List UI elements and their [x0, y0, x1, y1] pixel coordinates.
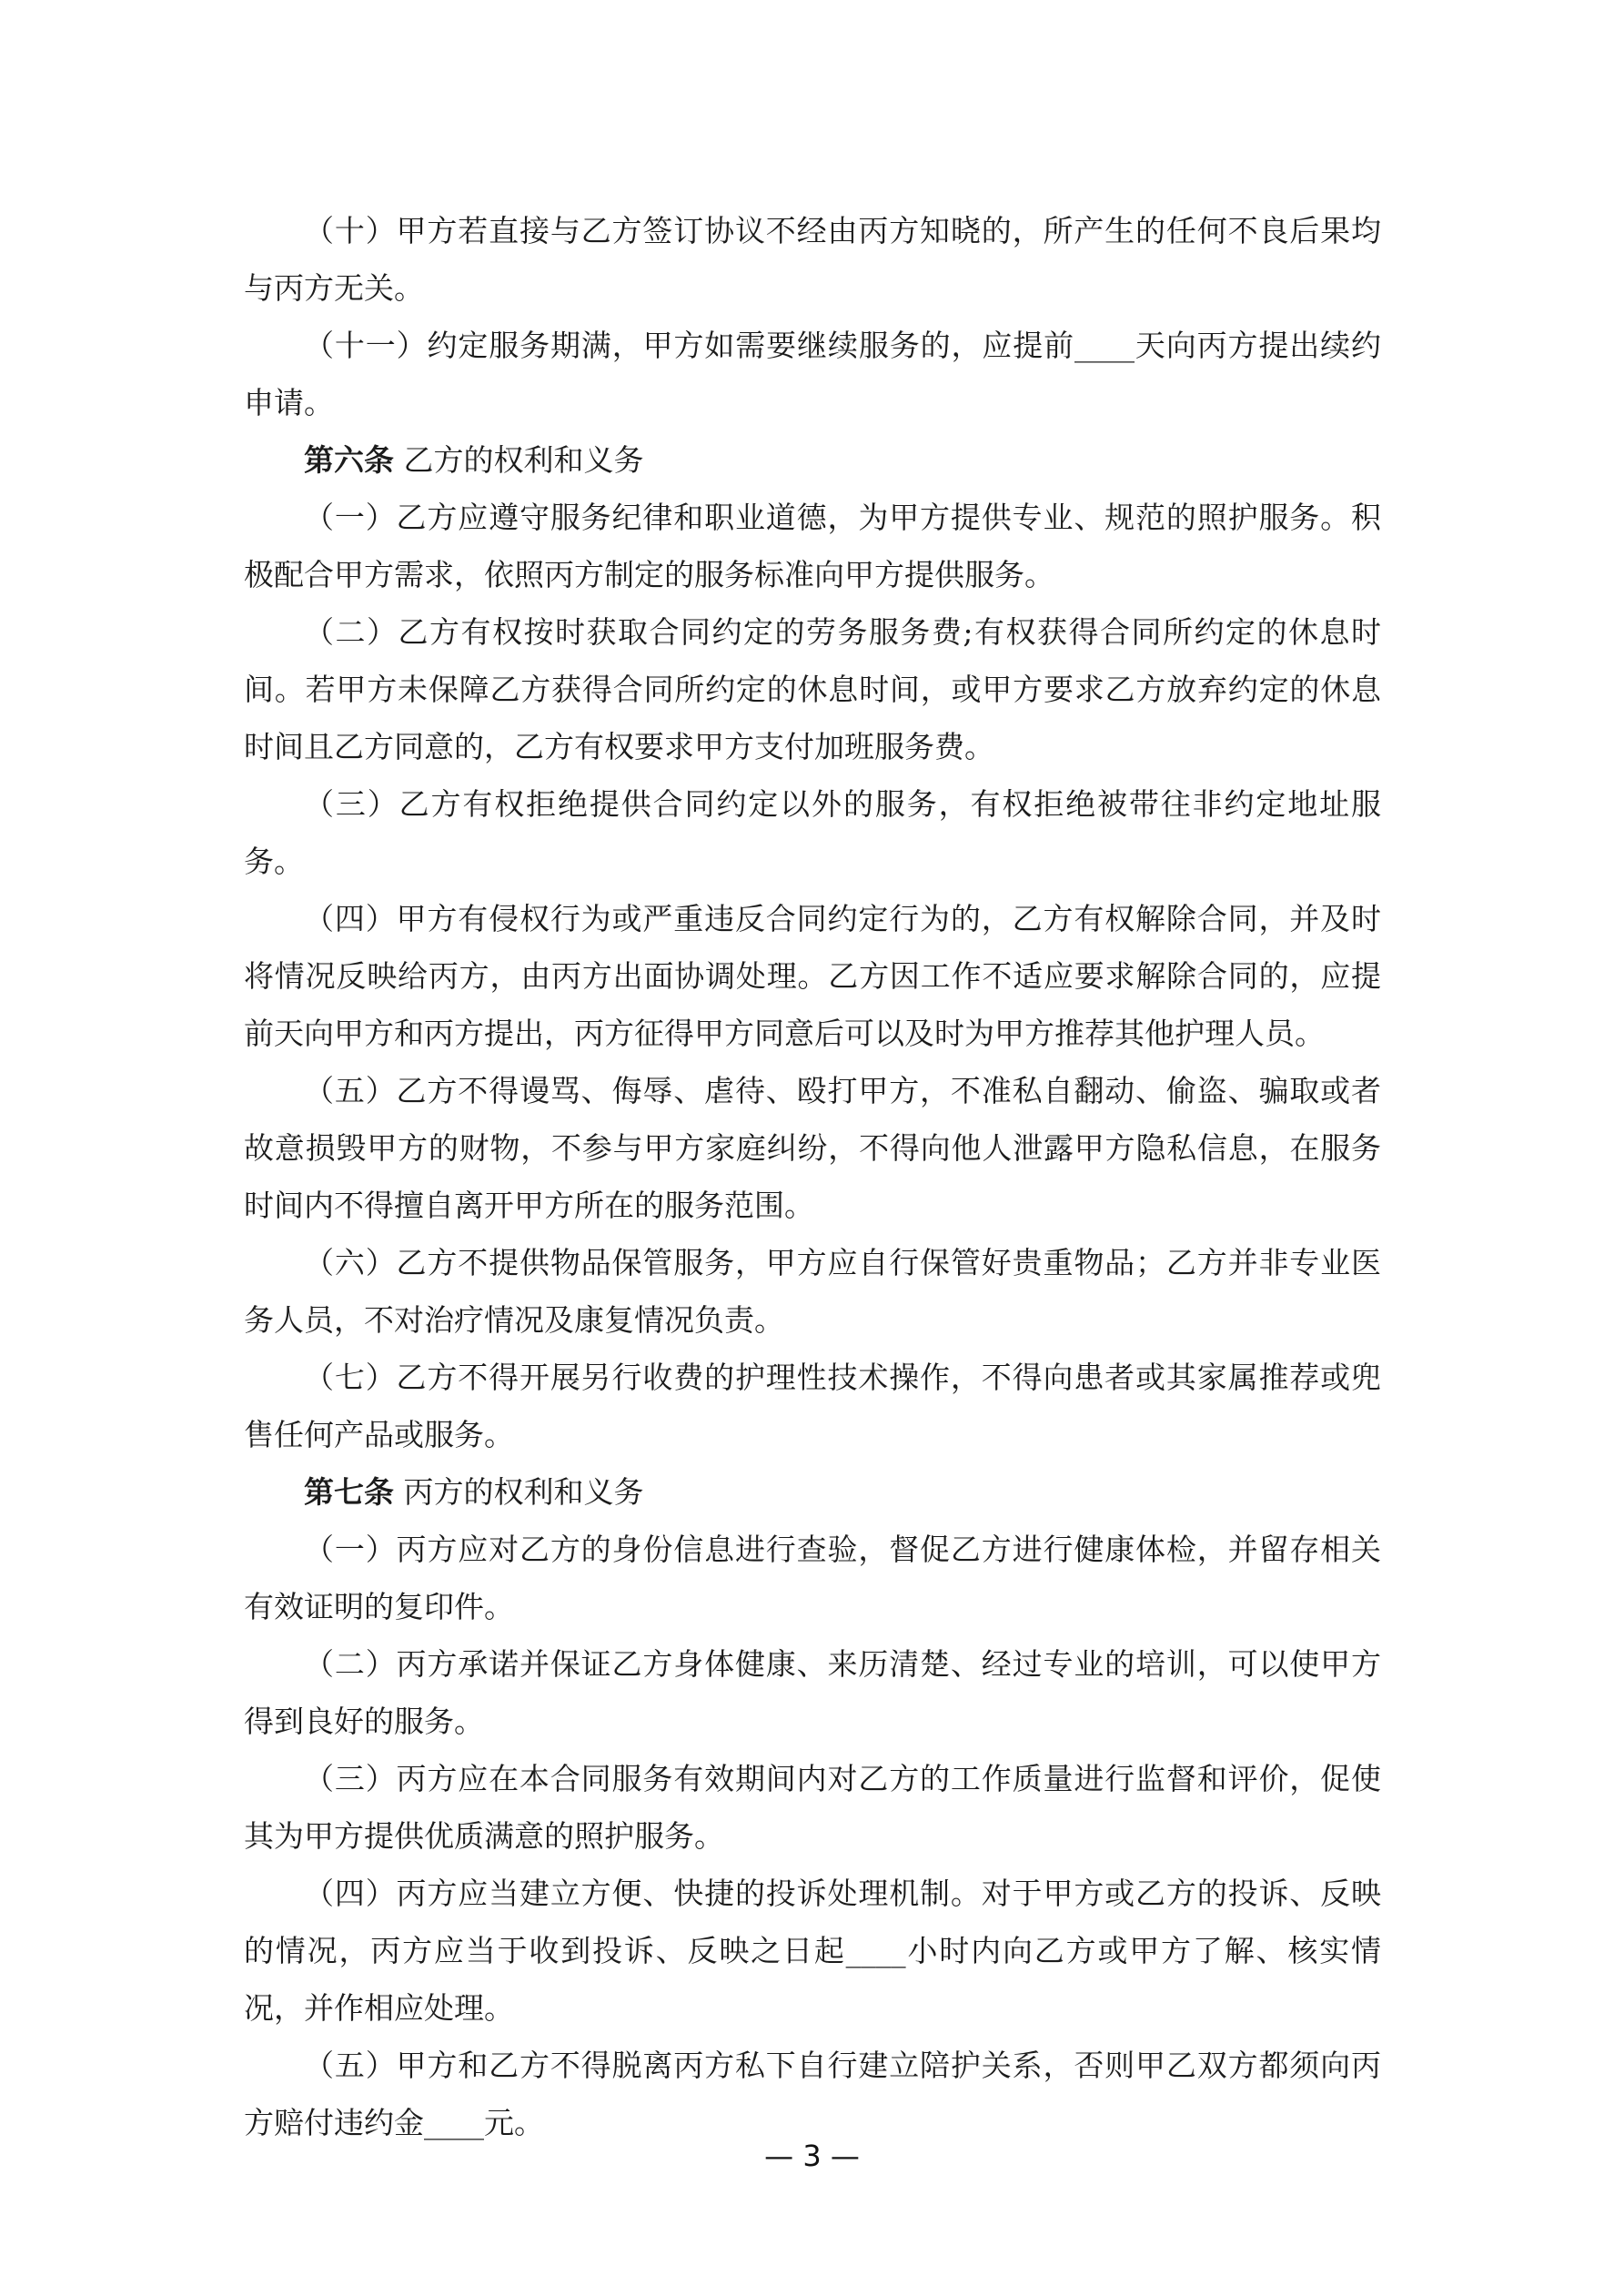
contract-paragraph: （二）乙方有权按时获取合同约定的劳务服务费;有权获得合同所约定的休息时间。若甲方…	[244, 603, 1381, 775]
contract-paragraph: （一）丙方应对乙方的身份信息进行查验，督促乙方进行健康体检，并留存相关有效证明的…	[244, 1521, 1381, 1635]
contract-page: （十）甲方若直接与乙方签订协议不经由丙方知晓的，所产生的任何不良后果均与丙方无关…	[0, 0, 1624, 2296]
page-number: — 3 —	[0, 2128, 1624, 2185]
contract-paragraph: （四）甲方有侵权行为或严重违反合同约定行为的，乙方有权解除合同，并及时将情况反映…	[244, 890, 1381, 1062]
contract-paragraph: （三）丙方应在本合同服务有效期间内对乙方的工作质量进行监督和评价，促使其为甲方提…	[244, 1750, 1381, 1865]
clause-title: 乙方的权利和义务	[404, 442, 644, 478]
clause-title: 丙方的权利和义务	[404, 1474, 644, 1510]
contract-paragraph: （五）乙方不得谩骂、侮辱、虐待、殴打甲方，不准私自翻动、偷盗、骗取或者故意损毁甲…	[244, 1062, 1381, 1234]
contract-paragraph: （一）乙方应遵守服务纪律和职业道德，为甲方提供专业、规范的照护服务。积极配合甲方…	[244, 489, 1381, 603]
clause-number: 第七条	[304, 1474, 394, 1510]
clause-heading: 第六条 乙方的权利和义务	[244, 431, 1381, 489]
contract-paragraph: （十一）约定服务期满，甲方如需要继续服务的，应提前____天向丙方提出续约申请。	[244, 317, 1381, 431]
contract-paragraph: （四）丙方应当建立方便、快捷的投诉处理机制。对于甲方或乙方的投诉、反映的情况，丙…	[244, 1865, 1381, 2037]
contract-paragraph: （十）甲方若直接与乙方签订协议不经由丙方知晓的，所产生的任何不良后果均与丙方无关…	[244, 202, 1381, 317]
contract-paragraph: （六）乙方不提供物品保管服务，甲方应自行保管好贵重物品；乙方并非专业医务人员，不…	[244, 1234, 1381, 1349]
contract-body: （十）甲方若直接与乙方签订协议不经由丙方知晓的，所产生的任何不良后果均与丙方无关…	[244, 202, 1381, 2151]
contract-paragraph: （二）丙方承诺并保证乙方身体健康、来历清楚、经过专业的培训，可以使甲方得到良好的…	[244, 1635, 1381, 1750]
contract-paragraph: （七）乙方不得开展另行收费的护理性技术操作，不得向患者或其家属推荐或兜售任何产品…	[244, 1349, 1381, 1463]
clause-number: 第六条	[304, 442, 394, 478]
clause-heading: 第七条 丙方的权利和义务	[244, 1463, 1381, 1521]
contract-paragraph: （三）乙方有权拒绝提供合同约定以外的服务，有权拒绝被带往非约定地址服务。	[244, 775, 1381, 890]
